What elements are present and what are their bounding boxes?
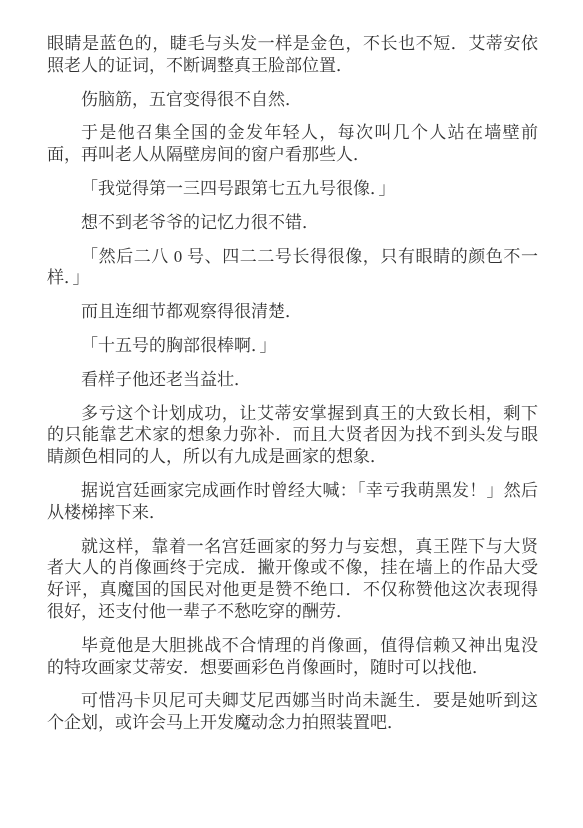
paragraph: 想不到老爷爷的记忆力很不错．	[47, 212, 538, 234]
paragraph: 伤脑筋，五官变得很不自然．	[47, 89, 538, 111]
paragraph-dialogue: 「然后二八 0 号、四二二号长得很像，只有眼睛的颜色不一样．」	[47, 246, 538, 290]
paragraph: 眼睛是蓝色的，睫毛与头发一样是金色，不长也不短．艾蒂安依照老人的证词，不断调整真…	[47, 33, 538, 77]
paragraph: 于是他召集全国的金发年轻人，每次叫几个人站在墙壁前面，再叫老人从隔壁房间的窗户看…	[47, 122, 538, 166]
paragraph: 毕竟他是大胆挑战不合情理的肖像画，值得信赖又神出鬼没的特攻画家艾蒂安．想要画彩色…	[47, 635, 538, 679]
paragraph-dialogue: 「我觉得第一三四号跟第七五九号很像．」	[47, 178, 538, 200]
paragraph: 而且连细节都观察得很清楚．	[47, 301, 538, 323]
paragraph: 可惜冯卡贝尼可夫卿艾尼西娜当时尚未誕生．要是她听到这个企划，或许会马上开发魔动念…	[47, 690, 538, 734]
paragraph-dialogue: 「十五号的胸部很棒啊．」	[47, 335, 538, 357]
paragraph: 就这样，靠着一名宫廷画家的努力与妄想，真王陛下与大贤者大人的肖像画终于完成．撇开…	[47, 536, 538, 623]
paragraph: 看样子他还老当益壮．	[47, 369, 538, 391]
paragraph: 多亏这个计划成功，让艾蒂安掌握到真王的大致长相，剩下的只能靠艺术家的想象力弥补．…	[47, 403, 538, 468]
document-page: 眼睛是蓝色的，睫毛与头发一样是金色，不长也不短．艾蒂安依照老人的证词，不断调整真…	[0, 0, 583, 828]
paragraph: 据说宫廷画家完成画作时曾经大喊：「幸亏我萌黑发！」然后从楼梯摔下来．	[47, 480, 538, 524]
